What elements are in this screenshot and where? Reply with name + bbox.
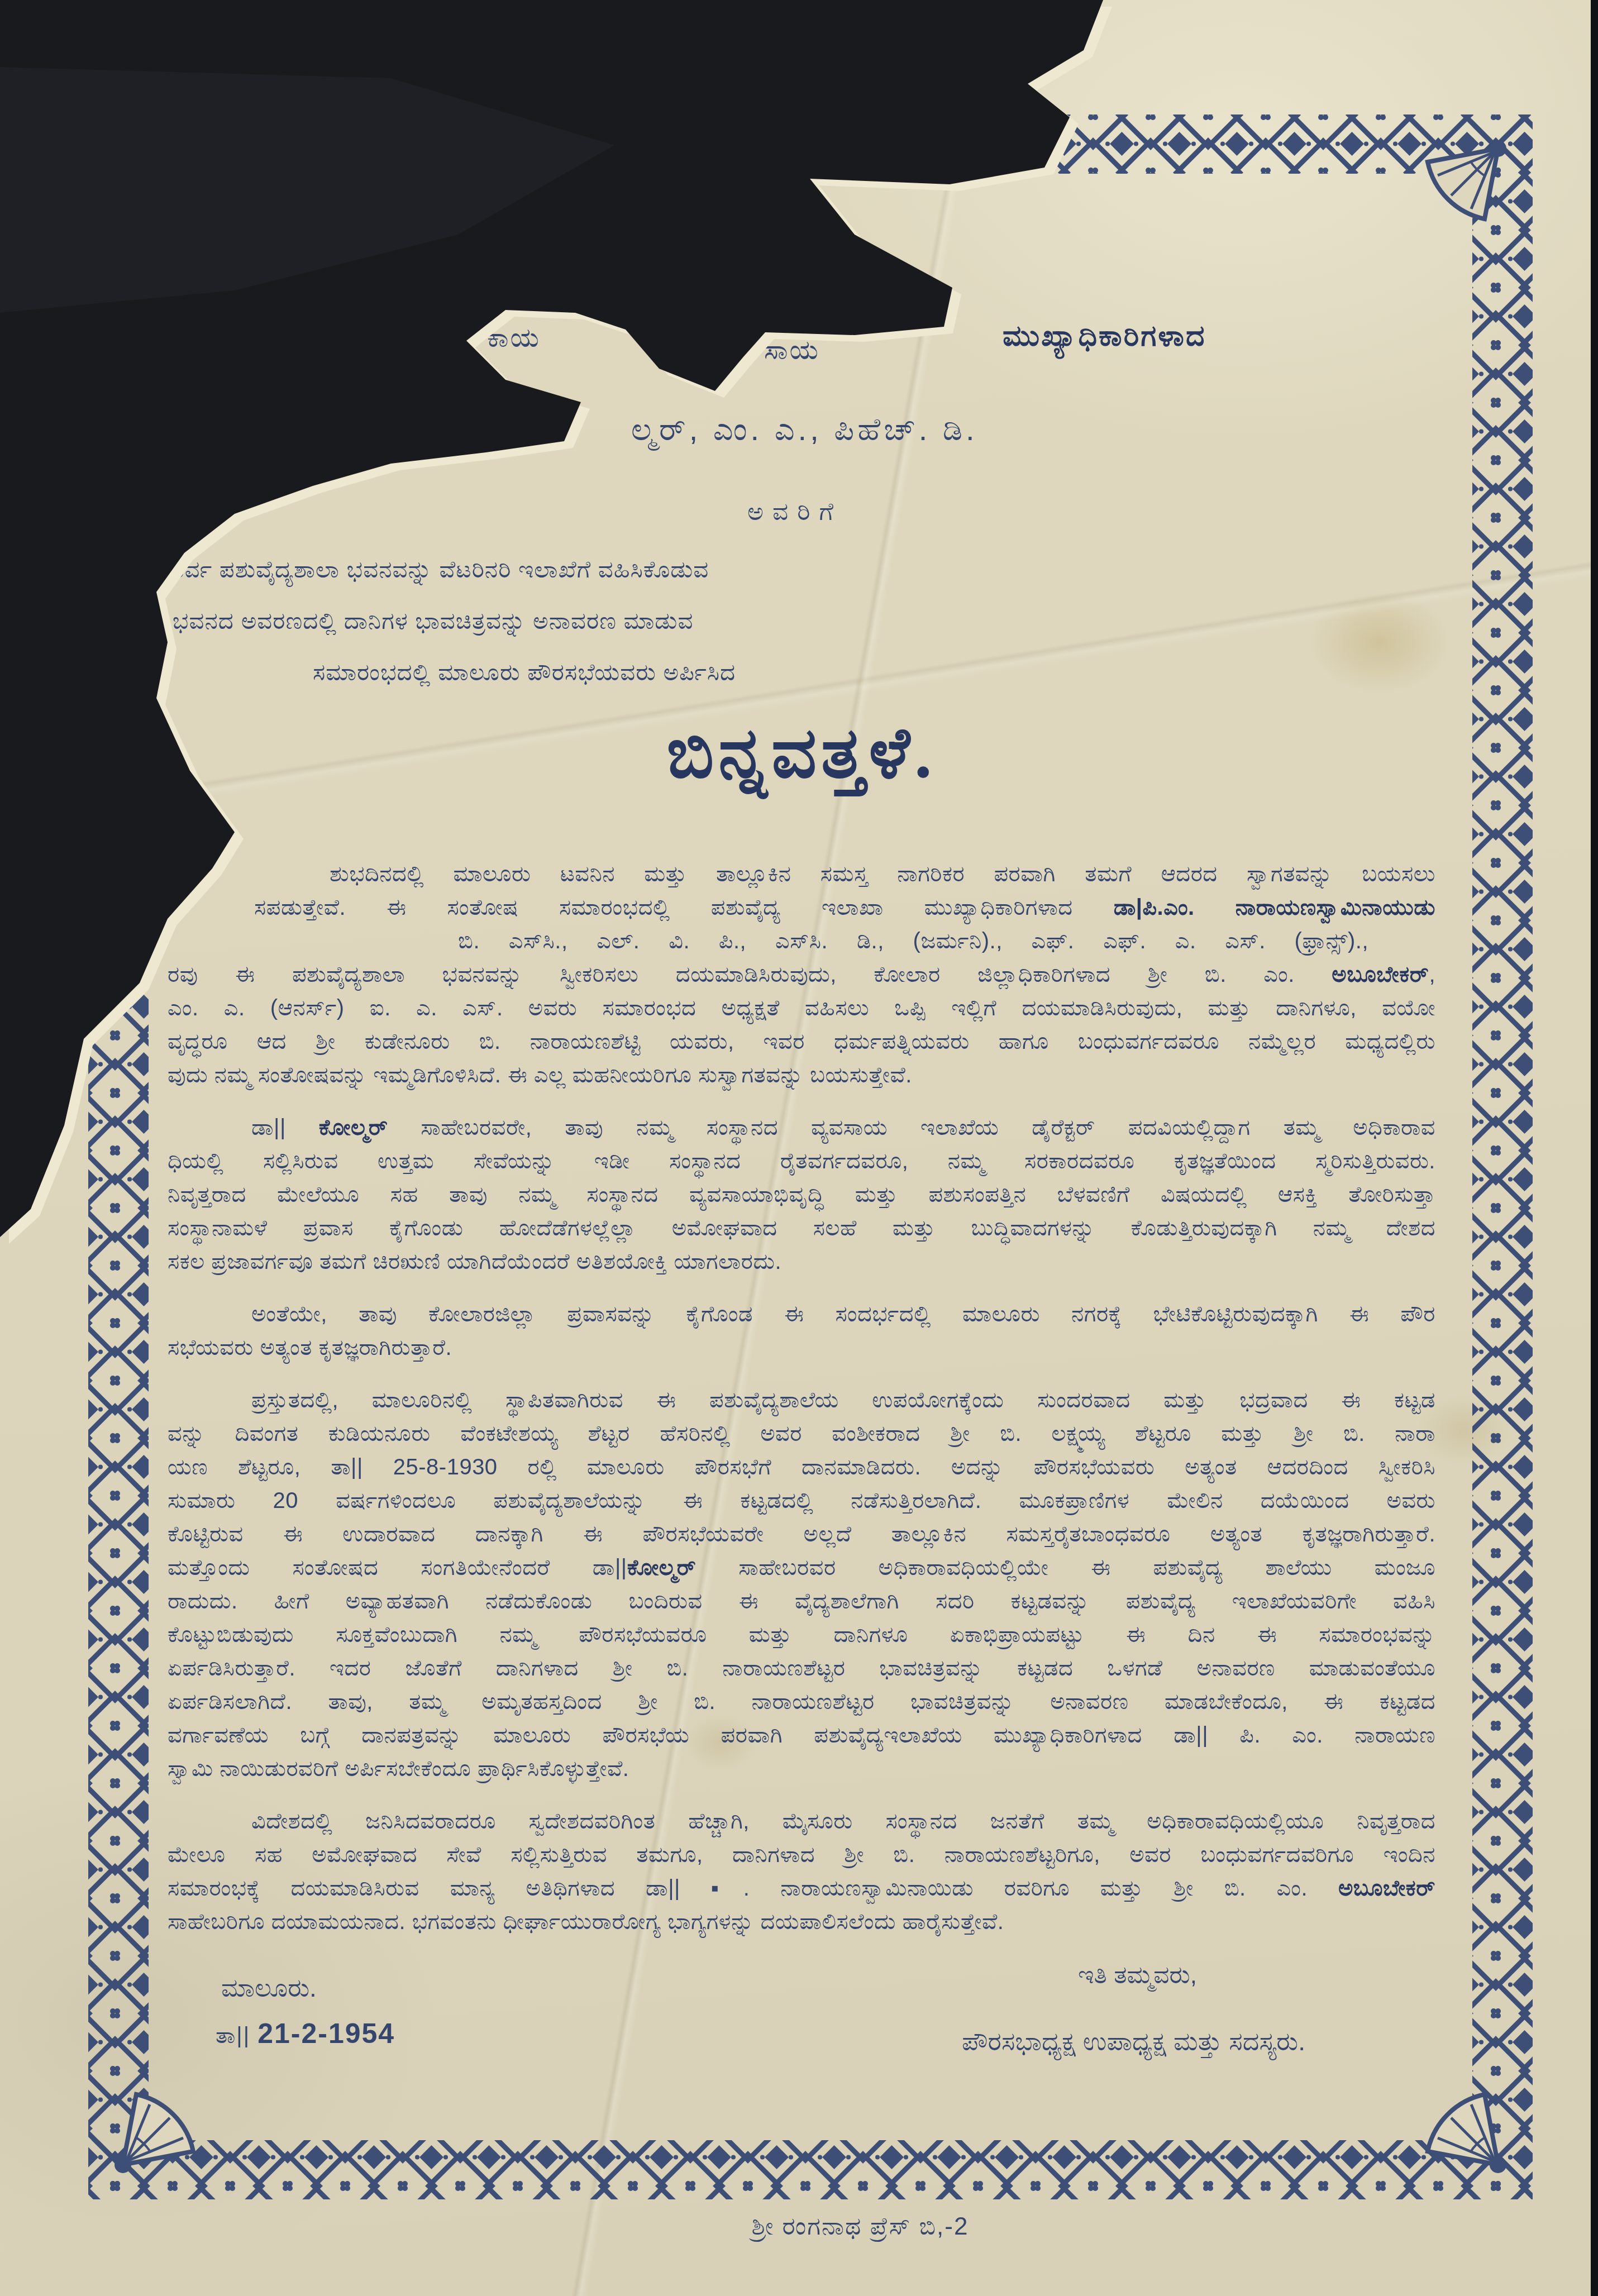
scanned-document-page: ಕಾಯ ಸಾಯ ಮುಖ್ಯಾಧಿಕಾರಿಗಳಾದ ಲ್ಮರ್, ಎಂ. ಎ., … (0, 0, 1598, 2296)
torn-paper-overlay (0, 0, 1598, 2296)
